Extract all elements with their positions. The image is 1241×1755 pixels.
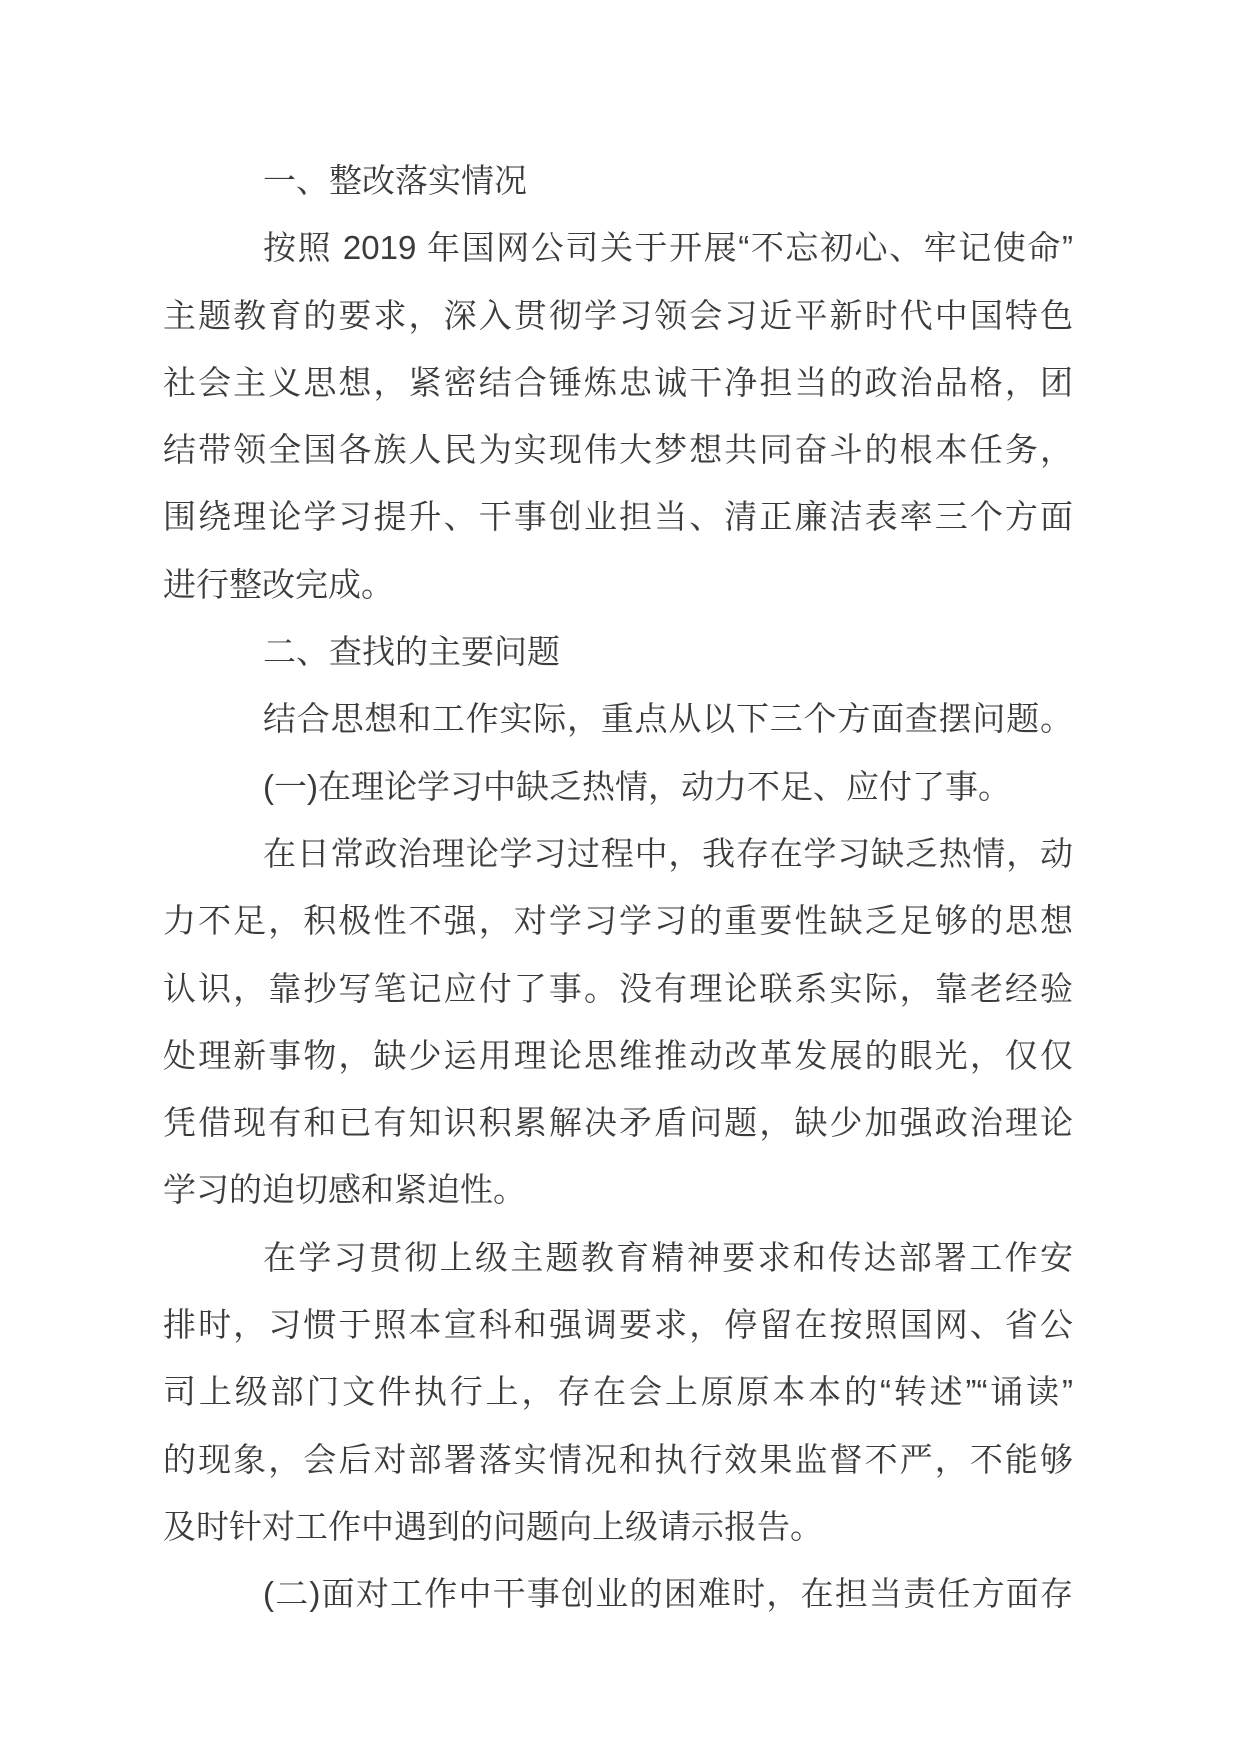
text-line: 凭借现有和已有知识积累解决矛盾问题，缺少加强政治理论 — [163, 1089, 1073, 1156]
document-body: 一、整改落实情况 按照 2019 年国网公司关于开展“不忘初心、牢记使命” 主题… — [0, 0, 1073, 1628]
text-line: 认识，靠抄写笔记应付了事。没有理论联系实际，靠老经验 — [163, 955, 1073, 1022]
text-line: 按照 2019 年国网公司关于开展“不忘初心、牢记使命” — [163, 214, 1073, 281]
subsection-heading-2: (二)面对工作中干事创业的困难时，在担当责任方面存 — [163, 1560, 1073, 1627]
text-line: 的现象，会后对部署落实情况和执行效果监督不严，不能够 — [163, 1426, 1073, 1493]
text-line: 社会主义思想，紧密结合锤炼忠诚干净担当的政治品格，团 — [163, 349, 1073, 416]
text-line: 结带领全国各族人民为实现伟大梦想共同奋斗的根本任务， — [163, 416, 1073, 483]
text-line: 围绕理论学习提升、干事创业担当、清正廉洁表率三个方面 — [163, 483, 1073, 550]
text-line: 及时针对工作中遇到的问题向上级请示报告。 — [163, 1493, 1073, 1560]
text-line: 排时，习惯于照本宣科和强调要求，停留在按照国网、省公 — [163, 1291, 1073, 1358]
section-heading-1: 一、整改落实情况 — [163, 147, 1073, 214]
text-line: 结合思想和工作实际，重点从以下三个方面查摆问题。 — [163, 685, 1073, 752]
text-line: 主题教育的要求，深入贯彻学习领会习近平新时代中国特色 — [163, 282, 1073, 349]
text-line: 学习的迫切感和紧迫性。 — [163, 1156, 1073, 1223]
subsection-heading-1: (一)在理论学习中缺乏热情，动力不足、应付了事。 — [163, 753, 1073, 820]
text-line: 在日常政治理论学习过程中，我存在学习缺乏热情，动 — [163, 820, 1073, 887]
text-line: 司上级部门文件执行上，存在会上原原本本的“转述”“诵读” — [163, 1358, 1073, 1425]
text-line: 进行整改完成。 — [163, 551, 1073, 618]
text-line: 力不足，积极性不强，对学习学习的重要性缺乏足够的思想 — [163, 887, 1073, 954]
text-line: 在学习贯彻上级主题教育精神要求和传达部署工作安 — [163, 1224, 1073, 1291]
document-page: 一、整改落实情况 按照 2019 年国网公司关于开展“不忘初心、牢记使命” 主题… — [0, 0, 1241, 1755]
text-line: 处理新事物，缺少运用理论思维推动改革发展的眼光，仅仅 — [163, 1022, 1073, 1089]
section-heading-2: 二、查找的主要问题 — [163, 618, 1073, 685]
